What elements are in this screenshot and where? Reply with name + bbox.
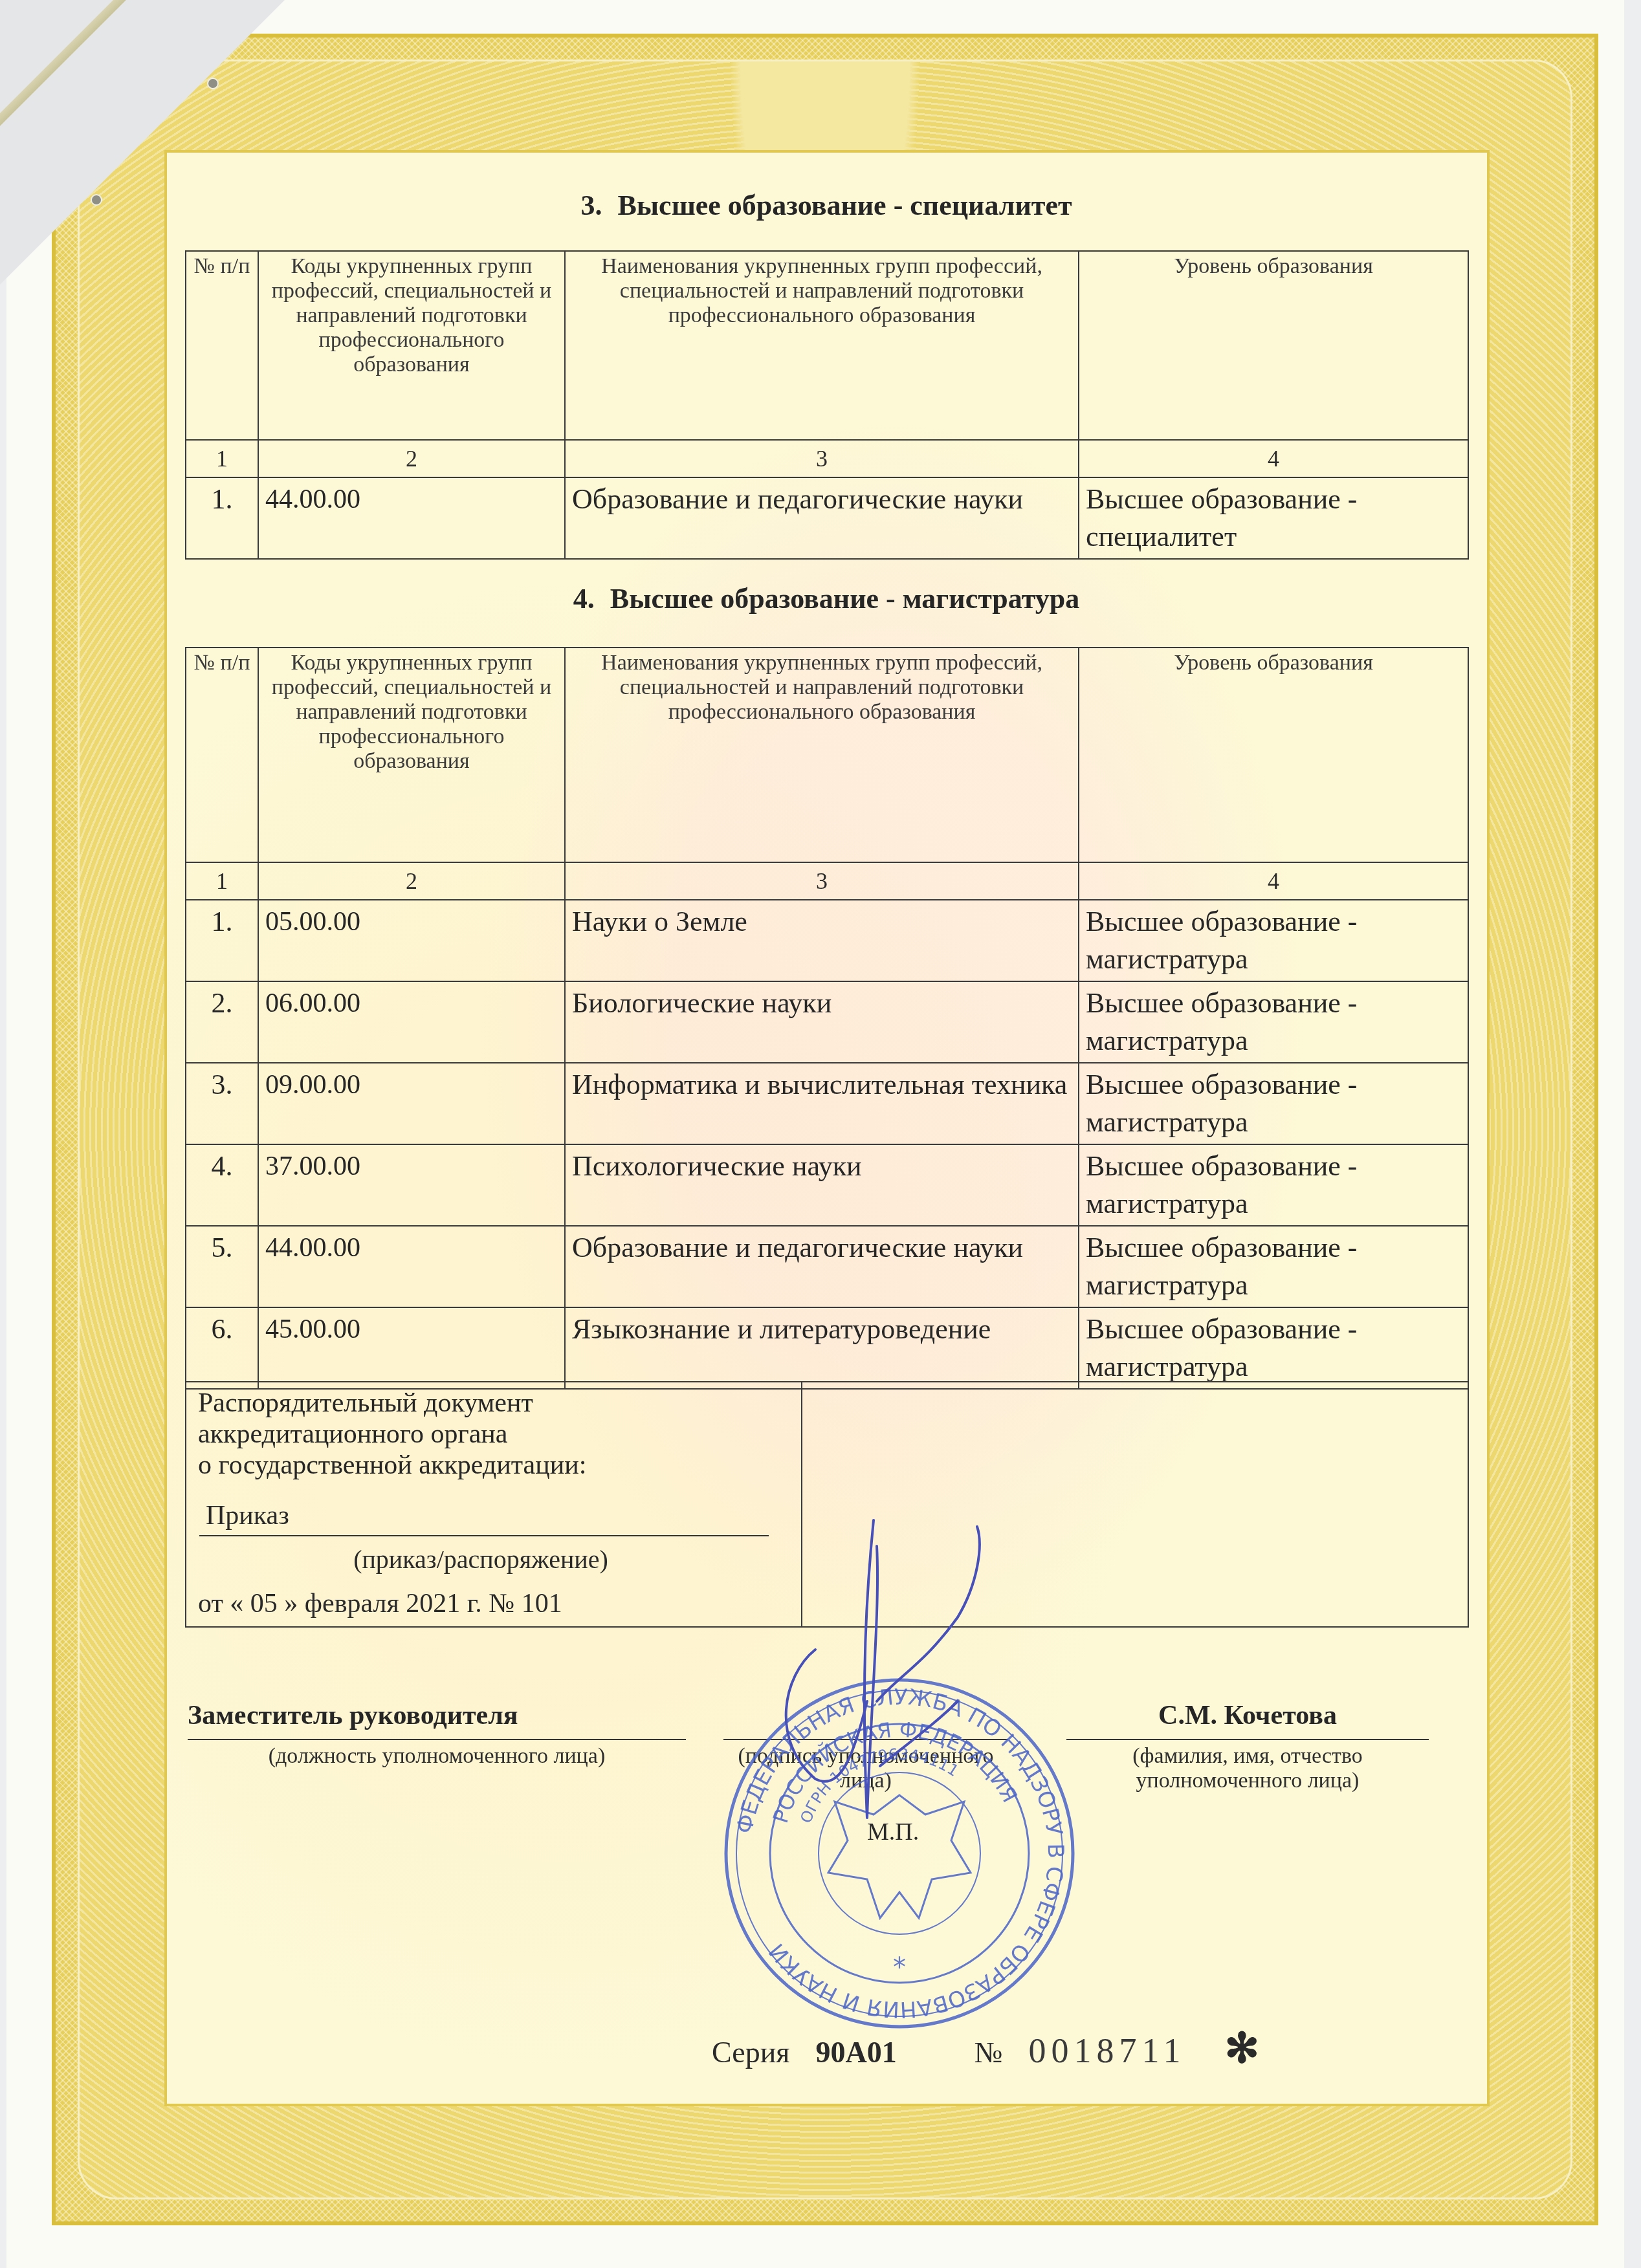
position-hint: (должность уполномоченного лица) [188,1744,686,1769]
table-magistratura: № п/п Коды укрупненных групп профессий, … [185,647,1469,1390]
row-number: 1. [186,477,258,559]
row-name: Психологические науки [565,1144,1079,1226]
row-name: Образование и педагогические науки [565,477,1079,559]
order-date-number: от « 05 » февраля 2021 г. № 101 [198,1588,562,1619]
row-code: 37.00.00 [258,1144,565,1226]
table-specialitet: № п/п Коды укрупненных групп профессий, … [185,250,1469,560]
row-level: Высшее образование - магистратура [1079,1063,1468,1144]
folded-corner [0,0,285,285]
header-level: Уровень образования [1079,251,1468,440]
signature-space [723,1699,1008,1732]
row-code: 05.00.00 [258,900,565,981]
header-number: № п/п [186,648,258,862]
column-number: 1 [186,862,258,900]
signature-hint: (подпись уполномоченного лица) [723,1744,1008,1793]
header-names: Наименования укрупненных групп профессий… [565,251,1079,440]
row-code: 44.00.00 [258,1226,565,1307]
column-number: 3 [565,862,1079,900]
signatory-position: Заместитель руководителя [188,1699,686,1732]
column-number: 1 [186,440,258,477]
row-number: 4. [186,1144,258,1226]
row-level: Высшее образование - магистратура [1079,1307,1468,1389]
row-name: Информатика и вычислительная техника [565,1063,1079,1144]
table-row: 4. 37.00.00 Психологические науки Высшее… [186,1144,1468,1226]
signatory-name: С.М. Кочетова [1066,1699,1429,1732]
order-kind-underline [199,1535,769,1536]
table-header-row: № п/п Коды укрупненных групп профессий, … [186,251,1468,440]
section-title-text: Высшее образование - магистратура [610,583,1079,615]
order-label-line: аккредитационного органа [198,1419,787,1450]
row-name: Биологические науки [565,981,1079,1063]
header-level: Уровень образования [1079,648,1468,862]
section-number: 3. [580,190,602,221]
row-level: Высшее образование - магистратура [1079,1144,1468,1226]
header-codes: Коды укрупненных групп профессий, специа… [258,251,565,440]
row-code: 45.00.00 [258,1307,565,1389]
order-label-line: Распорядительный документ [198,1388,787,1419]
section-4-title: 4.Высшее образование - магистратура [185,582,1468,615]
column-number: 4 [1079,862,1468,900]
table-row: 1. 05.00.00 Науки о Земле Высшее образов… [186,900,1468,981]
row-number: 2. [186,981,258,1063]
signatory-name-block: С.М. Кочетова (фамилия, имя, отчество уп… [1066,1699,1429,1793]
number-sign: № [975,2035,1003,2069]
name-hint: (фамилия, имя, отчество уполномоченного … [1066,1744,1429,1793]
row-code: 06.00.00 [258,981,565,1063]
row-number: 5. [186,1226,258,1307]
column-number: 4 [1079,440,1468,477]
row-name: Образование и педагогические науки [565,1226,1079,1307]
row-level: Высшее образование - магистратура [1079,981,1468,1063]
table-row: 5. 44.00.00 Образование и педагогические… [186,1226,1468,1307]
order-label: Распорядительный документ аккредитационн… [198,1388,787,1481]
column-number: 2 [258,862,565,900]
row-code: 44.00.00 [258,477,565,559]
serial-number-block: Серия 90А01 № 0018711 ✻ [712,2025,1259,2073]
order-label-line: о государственной аккредитации: [198,1450,787,1481]
section-number: 4. [573,583,595,615]
signature-line [1066,1739,1429,1740]
column-number-row: 1 2 3 4 [186,862,1468,900]
section-3-title: 3.Высшее образование - специалитет [185,189,1468,222]
staple-icon [207,78,219,89]
accreditation-order-box: Распорядительный документ аккредитационн… [185,1381,1469,1628]
stamp-place-mark: М.П. [867,1818,919,1846]
row-number: 3. [186,1063,258,1144]
signatory-position-block: Заместитель руководителя (должность упол… [188,1699,686,1769]
column-number: 3 [565,440,1079,477]
row-name: Языкознание и литературоведение [565,1307,1079,1389]
order-kind-hint: (приказ/распоряжение) [186,1544,775,1575]
table-header-row: № п/п Коды укрупненных групп профессий, … [186,648,1468,862]
blank-number: 0018711 [1029,2031,1186,2071]
table-row: 3. 09.00.00 Информатика и вычислительная… [186,1063,1468,1144]
table-row: 2. 06.00.00 Биологические науки Высшее о… [186,981,1468,1063]
row-name: Науки о Земле [565,900,1079,981]
signature-block: (подпись уполномоченного лица) [723,1699,1008,1793]
table-row: 6. 45.00.00 Языкознание и литературоведе… [186,1307,1468,1389]
section-title-text: Высшее образование - специалитет [617,190,1072,221]
row-number: 1. [186,900,258,981]
order-box-divider [801,1382,802,1626]
row-level: Высшее образование - специалитет [1079,477,1468,559]
series-value: 90А01 [815,2035,896,2069]
column-number-row: 1 2 3 4 [186,440,1468,477]
header-names: Наименования укрупненных групп профессий… [565,648,1079,862]
order-kind: Приказ [206,1500,289,1531]
column-number: 2 [258,440,565,477]
staple-icon [91,194,102,206]
series-label: Серия [712,2035,789,2069]
signature-line [188,1739,686,1740]
row-level: Высшее образование - магистратура [1079,900,1468,981]
row-code: 09.00.00 [258,1063,565,1144]
signature-line [723,1739,1008,1740]
table-row: 1. 44.00.00 Образование и педагогические… [186,477,1468,559]
row-level: Высшее образование - магистратура [1079,1226,1468,1307]
asterisk-mark-icon: ✻ [1225,2025,1260,2073]
header-codes: Коды укрупненных групп профессий, специа… [258,648,565,862]
row-number: 6. [186,1307,258,1389]
